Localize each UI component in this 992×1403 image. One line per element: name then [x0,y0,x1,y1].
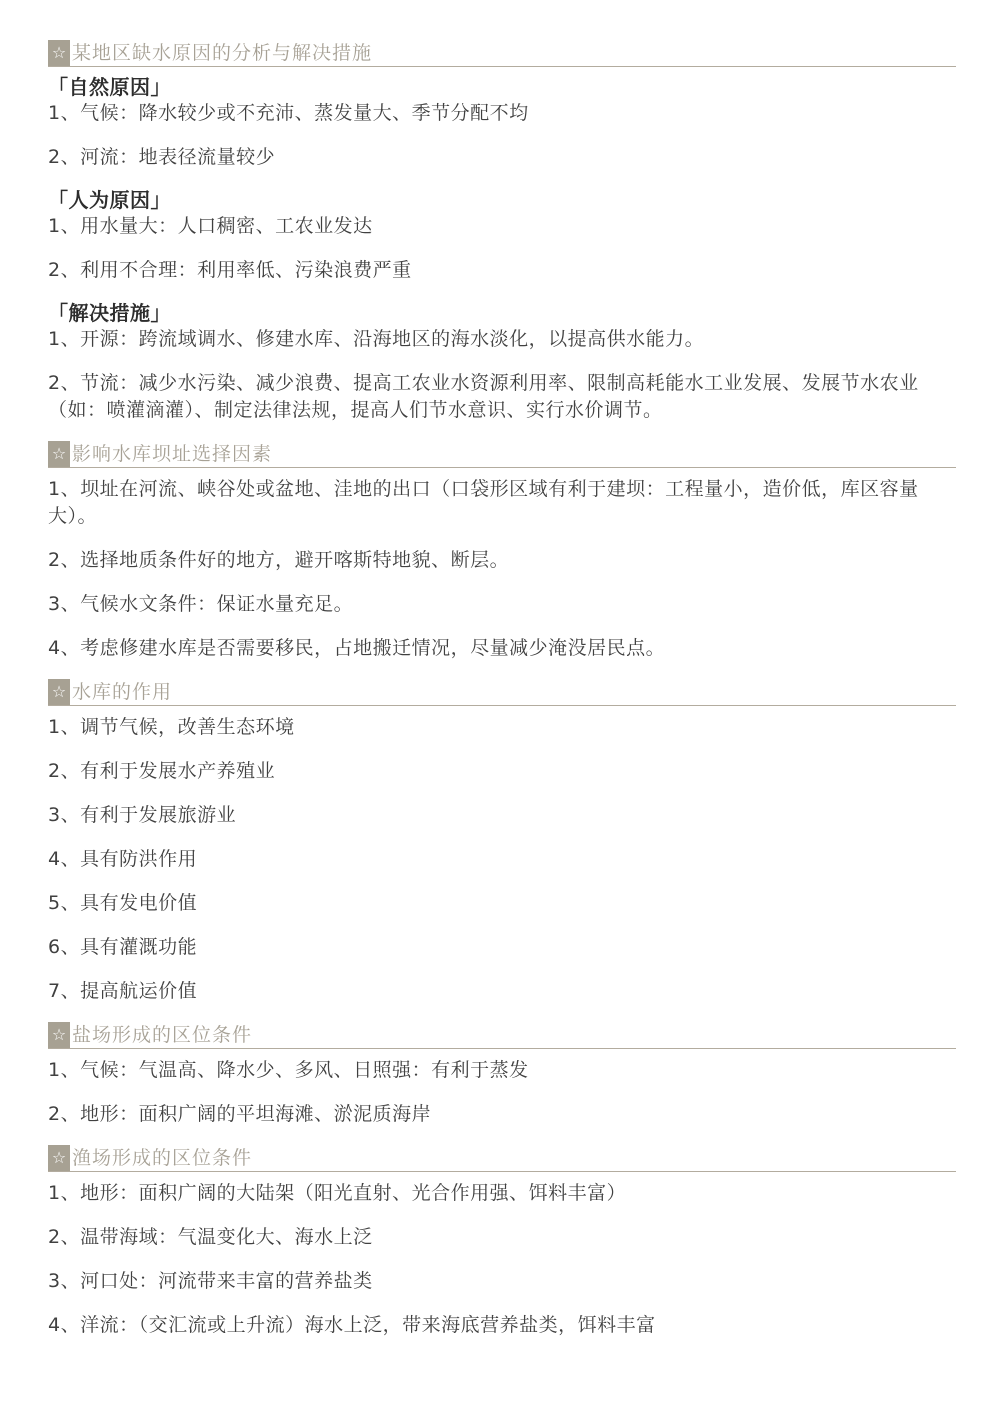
list-item: 1、开源：跨流域调水、修建水库、沿海地区的海水淡化，以提高供水能力。 [48,326,956,353]
section-title: 某地区缺水原因的分析与解决措施 [70,40,372,66]
list-item: 2、利用不合理：利用率低、污染浪费严重 [48,257,956,284]
list-item: 2、地形：面积广阔的平坦海滩、淤泥质海岸 [48,1101,956,1128]
note-section: ☆水库的作用1、调节气候，改善生态环境2、有利于发展水产养殖业3、有利于发展旅游… [48,679,956,1005]
list-item: 4、具有防洪作用 [48,846,956,873]
group-heading: 「解决措施」 [48,301,956,326]
section-title: 影响水库坝址选择因素 [70,441,272,467]
list-item: 3、有利于发展旅游业 [48,802,956,829]
section-title: 水库的作用 [70,679,172,705]
list-item: 4、洋流：（交汇流或上升流）海水上泛，带来海底营养盐类，饵料丰富 [48,1312,956,1339]
document-body: ☆某地区缺水原因的分析与解决措施「自然原因」1、气候：降水较少或不充沛、蒸发量大… [0,0,992,1384]
list-item: 1、地形：面积广阔的大陆架（阳光直射、光合作用强、饵料丰富） [48,1180,956,1207]
list-item: 1、气候：气温高、降水少、多风、日照强：有利于蒸发 [48,1057,956,1084]
section-header: ☆某地区缺水原因的分析与解决措施 [48,40,956,67]
section-header: ☆水库的作用 [48,679,956,706]
note-section: ☆影响水库坝址选择因素1、坝址在河流、峡谷处或盆地、洼地的出口（口袋形区域有利于… [48,441,956,662]
group-heading: 「自然原因」 [48,75,956,100]
section-title: 盐场形成的区位条件 [70,1022,252,1048]
group-heading: 「人为原因」 [48,188,956,213]
section-header: ☆盐场形成的区位条件 [48,1022,956,1049]
list-item: 1、用水量大：人口稠密、工农业发达 [48,213,956,240]
note-section: ☆某地区缺水原因的分析与解决措施「自然原因」1、气候：降水较少或不充沛、蒸发量大… [48,40,956,424]
star-icon: ☆ [48,1145,70,1171]
list-item: 1、坝址在河流、峡谷处或盆地、洼地的出口（口袋形区域有利于建坝：工程量小，造价低… [48,476,956,530]
list-item: 3、河口处：河流带来丰富的营养盐类 [48,1268,956,1295]
section-header: ☆影响水库坝址选择因素 [48,441,956,468]
list-item: 2、节流：减少水污染、减少浪费、提高工农业水资源利用率、限制高耗能水工业发展、发… [48,370,956,424]
list-item: 3、气候水文条件：保证水量充足。 [48,591,956,618]
star-icon: ☆ [48,679,70,705]
star-icon: ☆ [48,40,70,66]
star-icon: ☆ [48,441,70,467]
list-item: 4、考虑修建水库是否需要移民，占地搬迁情况，尽量减少淹没居民点。 [48,635,956,662]
list-item: 7、提高航运价值 [48,978,956,1005]
list-item: 1、调节气候，改善生态环境 [48,714,956,741]
list-item: 2、选择地质条件好的地方，避开喀斯特地貌、断层。 [48,547,956,574]
note-section: ☆渔场形成的区位条件1、地形：面积广阔的大陆架（阳光直射、光合作用强、饵料丰富）… [48,1145,956,1339]
list-item: 5、具有发电价值 [48,890,956,917]
list-item: 2、河流：地表径流量较少 [48,144,956,171]
list-item: 6、具有灌溉功能 [48,934,956,961]
list-item: 2、有利于发展水产养殖业 [48,758,956,785]
note-section: ☆盐场形成的区位条件1、气候：气温高、降水少、多风、日照强：有利于蒸发2、地形：… [48,1022,956,1128]
star-icon: ☆ [48,1022,70,1048]
section-title: 渔场形成的区位条件 [70,1145,252,1171]
section-header: ☆渔场形成的区位条件 [48,1145,956,1172]
list-item: 1、气候：降水较少或不充沛、蒸发量大、季节分配不均 [48,100,956,127]
list-item: 2、温带海域：气温变化大、海水上泛 [48,1224,956,1251]
